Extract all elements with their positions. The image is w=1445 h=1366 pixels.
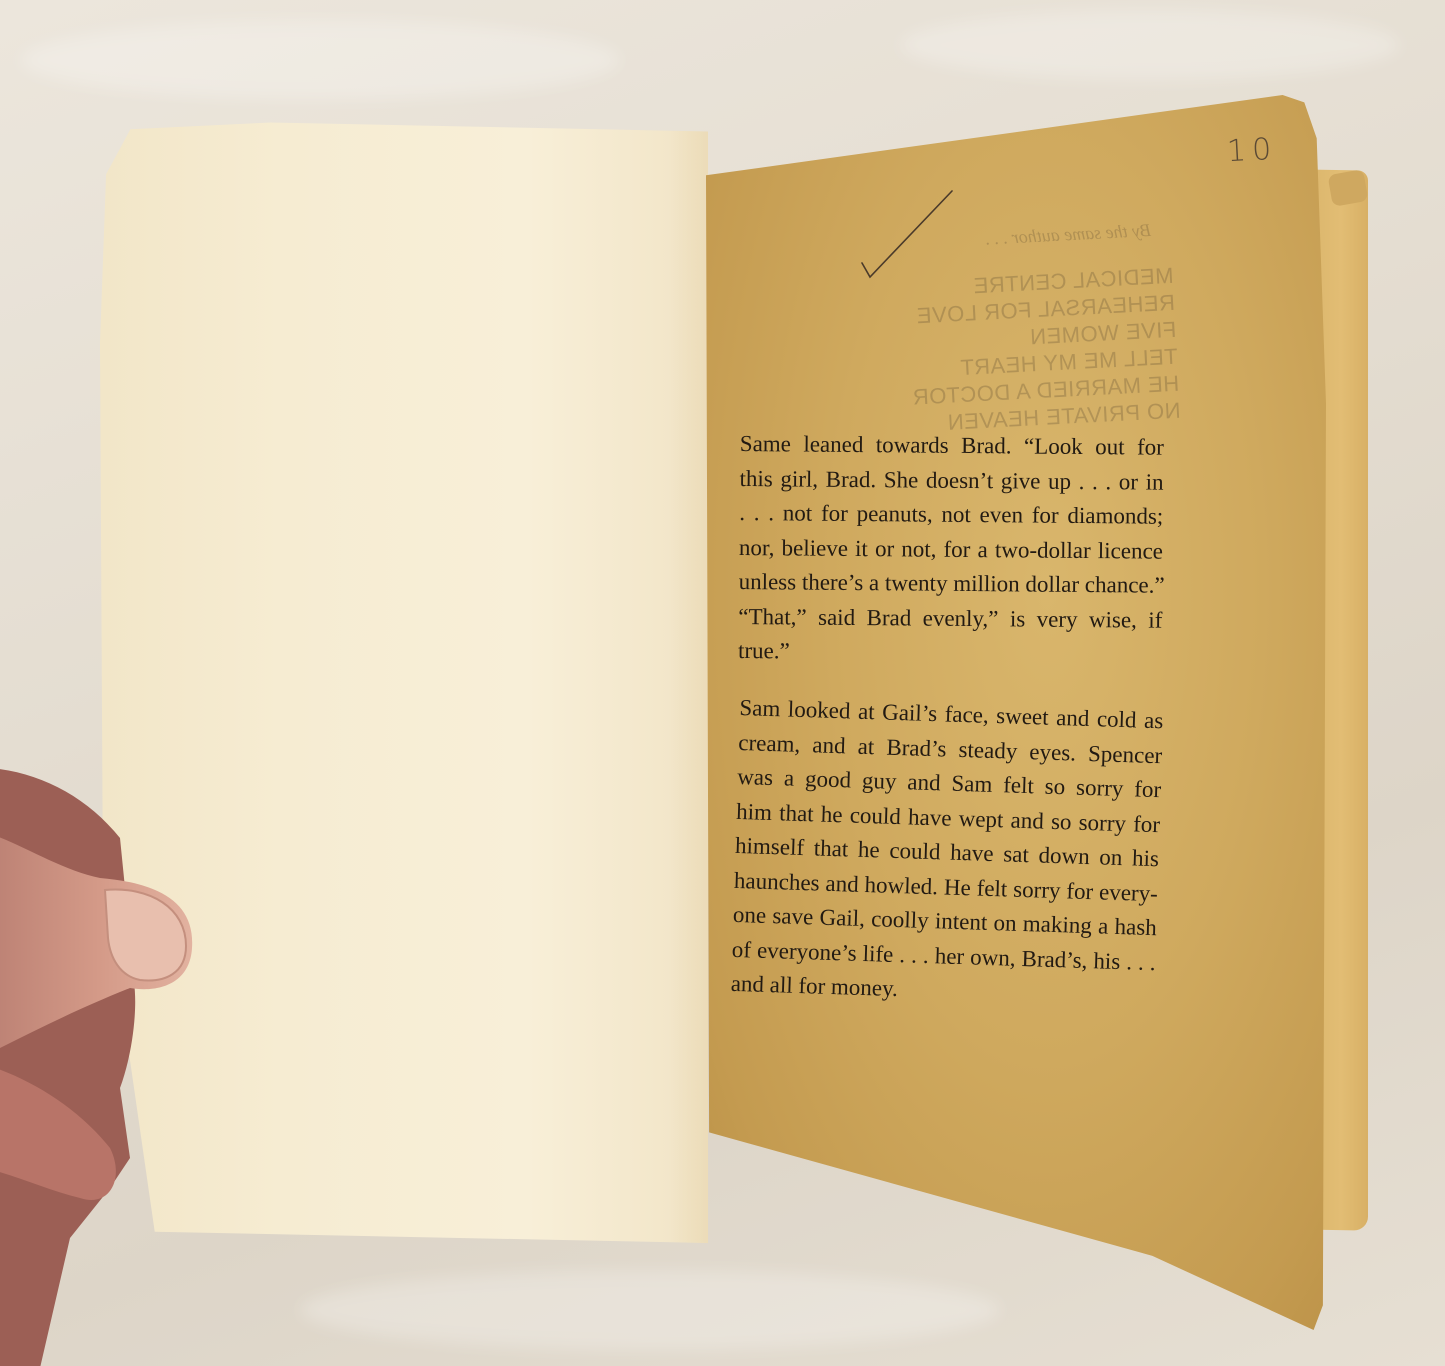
right-printed-page: 10 By the same author . . . MEDICAL CENT…	[706, 95, 1326, 1330]
text-line: Same leaned towards Brad. “Look out for	[740, 427, 1164, 465]
text-line: this girl, Brad. She doesn’t give up . .…	[739, 461, 1163, 499]
page-curl-shadow	[668, 118, 708, 1243]
text-line: nor, believe it or not, for a two-dollar…	[739, 530, 1163, 568]
text-line: unless there’s a twenty million dollar c…	[738, 565, 1162, 603]
cloth-highlight	[300, 1270, 1000, 1350]
text-line: true.”	[738, 634, 1162, 672]
hand-holding-book	[0, 768, 200, 1366]
torn-page-corner	[1327, 169, 1368, 207]
cloth-highlight	[900, 10, 1400, 80]
cloth-highlight	[20, 20, 620, 100]
text-line: “That,” said Brad evenly,” is very wise,…	[738, 599, 1162, 637]
bleed-heading: By the same author . . .	[931, 219, 1172, 253]
text-line: . . . not for peanuts, not even for diam…	[739, 496, 1163, 534]
bleed-through-text: By the same author . . . MEDICAL CENTRE …	[931, 219, 1181, 436]
paragraph-1: Same leaned towards Brad. “Look out for …	[738, 427, 1164, 672]
paragraph-2: Sam looked at Gail’s face, sweet and col…	[730, 691, 1164, 1015]
handwritten-page-number: 10	[1226, 132, 1278, 170]
